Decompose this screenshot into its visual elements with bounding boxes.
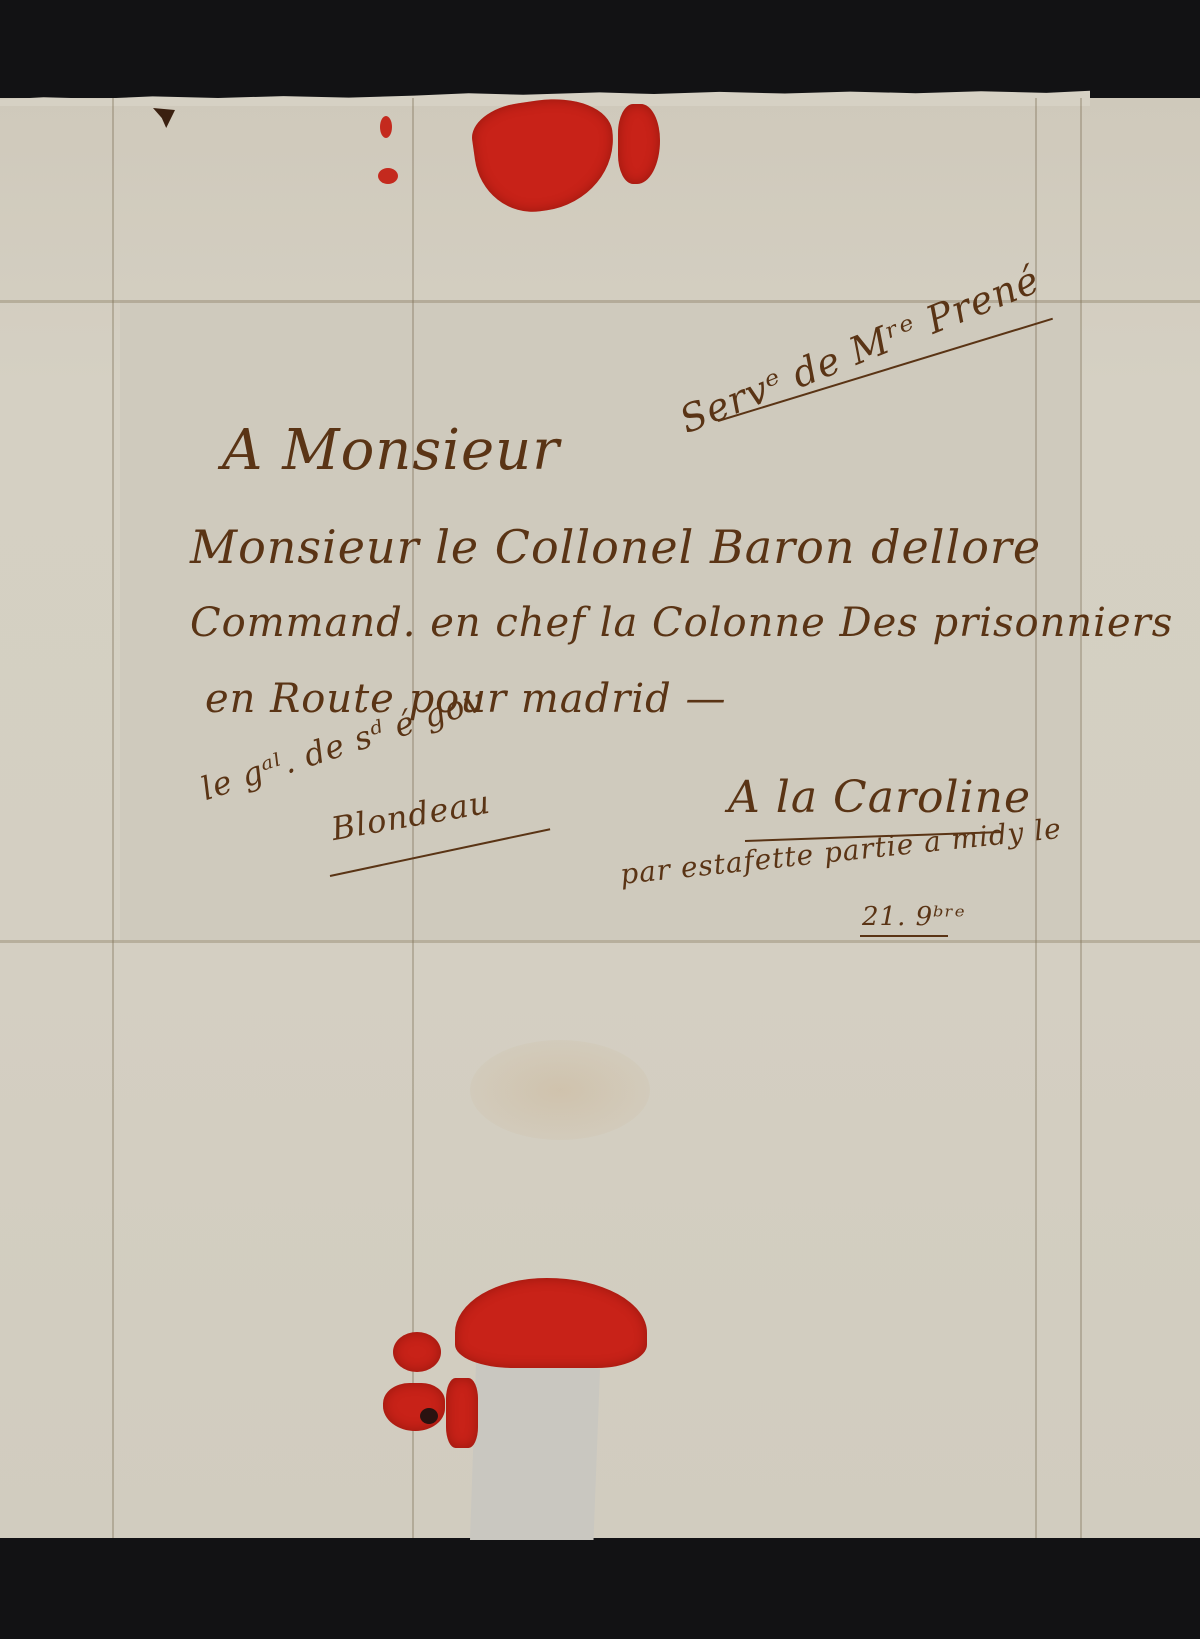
- fold-line: [0, 940, 1200, 943]
- recipient-title: Command. en chef la Colonne Des prisonni…: [190, 600, 1173, 646]
- fold-line: [1080, 98, 1082, 1538]
- wax-seal-fragment: [383, 1383, 445, 1431]
- wax-seal-fragment: [446, 1378, 478, 1448]
- wax-seal-burn-mark: [420, 1408, 438, 1424]
- torn-paper-patch: [470, 1350, 600, 1540]
- underline: [860, 935, 948, 937]
- fold-line: [112, 98, 114, 1538]
- date: 21. 9ᵇʳᵉ: [862, 902, 966, 932]
- address-salutation: A Monsieur: [222, 418, 560, 483]
- recipient-name: Monsieur le Collonel Baron dellore: [190, 520, 1041, 574]
- wax-seal-fragment: [393, 1332, 441, 1372]
- paper-stain: [470, 1040, 650, 1140]
- place-name: A la Caroline: [728, 772, 1031, 823]
- wax-seal-fragment: [376, 112, 406, 202]
